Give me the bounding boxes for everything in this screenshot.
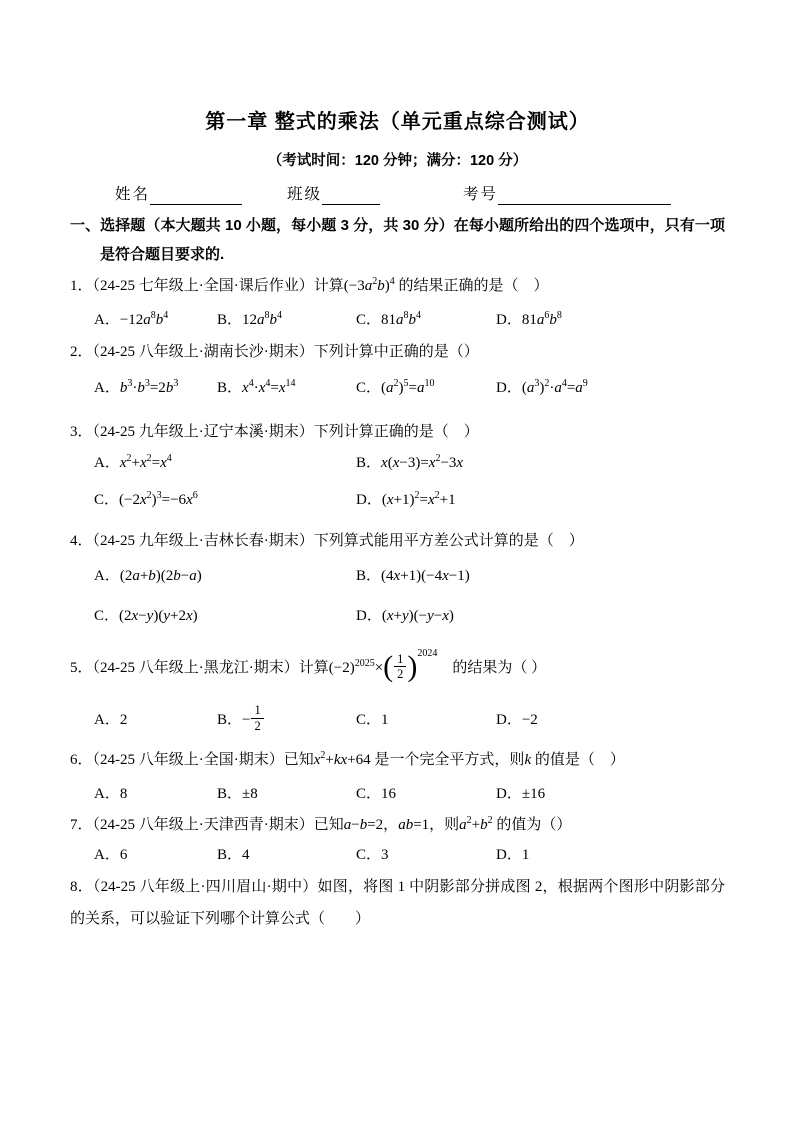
exam-info-line: （考试时间：120 分钟；满分：120 分）	[70, 151, 725, 171]
question-3-stem: 3．（24-25 九年级上·辽宁本溪·期末）下列计算正确的是（ ）	[70, 417, 725, 447]
exam-no-blank-line	[498, 186, 671, 205]
question-7-option-b: B．4	[217, 840, 356, 870]
question-1-option-b: B．12a8b4	[217, 305, 356, 335]
question-3-option-a: A．x2+x2=x4	[94, 448, 356, 478]
question-8: 8．（24-25 八年级上·四川眉山·期中）如图，将图 1 中阴影部分拼成图 2…	[70, 871, 725, 935]
question-6-options: A．8 B．±8 C．16 D．±16	[70, 779, 725, 809]
question-5: 5．（24-25 八年级上·黑龙江·期末）计算(−2)2025×(12)2024…	[70, 642, 725, 740]
question-6-option-b: B．±8	[217, 779, 356, 809]
question-3-option-d: D．(x+1)2=x2+1	[356, 485, 725, 515]
question-3-option-b: B．x(x−3)=x2−3x	[356, 448, 725, 478]
exam-paper-page: 第一章 整式的乘法（单元重点综合测试） （考试时间：120 分钟；满分：120 …	[0, 0, 793, 1122]
question-1-option-a: A．−12a8b4	[94, 305, 217, 335]
question-3-option-c: C．(−2x2)3=−6x6	[94, 485, 356, 515]
question-7-stem: 7．（24-25 八年级上·天津西青·期末）已知a−b=2，ab=1，则a2+b…	[70, 810, 725, 840]
question-2-stem: 2．（24-25 八年级上·湖南长沙·期末）下列计算中正确的是（）	[70, 337, 725, 367]
question-7: 7．（24-25 八年级上·天津西青·期末）已知a−b=2，ab=1，则a2+b…	[70, 810, 725, 870]
question-1-option-d: D．81a6b8	[496, 305, 725, 335]
question-7-option-a: A．6	[94, 840, 217, 870]
question-4-option-b: B．(4x+1)(−4x−1)	[356, 561, 725, 591]
question-4-options-row-2: C．(2x−y)(y+2x) D．(x+y)(−y−x)	[70, 601, 725, 631]
section-1-heading: 一、选择题（本大题共 10 小题，每小题 3 分，共 30 分）在每小题所给出的…	[70, 211, 725, 269]
question-3-options-row-1: A．x2+x2=x4 B．x(x−3)=x2−3x	[70, 448, 725, 478]
question-4-option-c: C．(2x−y)(y+2x)	[94, 601, 356, 631]
question-5-options: A．2 B．−12 C．1 D．−2	[70, 700, 725, 740]
question-4-option-a: A．(2a+b)(2b−a)	[94, 561, 356, 591]
name-label: 姓名	[115, 185, 150, 205]
page-title: 第一章 整式的乘法（单元重点综合测试）	[70, 106, 725, 138]
question-8-stem: 8．（24-25 八年级上·四川眉山·期中）如图，将图 1 中阴影部分拼成图 2…	[70, 871, 725, 935]
student-info-row: 姓名 班级 考号	[70, 183, 725, 205]
question-2-option-b: B．x4·x4=x14	[217, 373, 356, 403]
name-blank-line	[150, 186, 242, 205]
question-6-option-d: D．±16	[496, 779, 725, 809]
question-4: 4．（24-25 九年级上·吉林长春·期末）下列算式能用平方差公式计算的是（ ）…	[70, 526, 725, 631]
question-2-options: A．b3·b3=2b3 B．x4·x4=x14 C．(a2)5=a10 D．(a…	[70, 373, 725, 403]
question-4-stem: 4．（24-25 九年级上·吉林长春·期末）下列算式能用平方差公式计算的是（ ）	[70, 526, 725, 556]
question-1: 1．（24-25 七年级上·全国·课后作业）计算(−3a2b)4 的结果正确的是…	[70, 271, 725, 335]
question-7-options: A．6 B．4 C．3 D．1	[70, 840, 725, 870]
question-5-option-b: B．−12	[217, 705, 356, 735]
question-1-option-c: C．81a8b4	[356, 305, 496, 335]
question-6-stem: 6．（24-25 八年级上·全国·期末）已知x2+kx+64 是一个完全平方式，…	[70, 745, 725, 775]
page-content: 第一章 整式的乘法（单元重点综合测试） （考试时间：120 分钟；满分：120 …	[70, 0, 725, 935]
question-2: 2．（24-25 八年级上·湖南长沙·期末）下列计算中正确的是（） A．b3·b…	[70, 337, 725, 403]
question-5-stem: 5．（24-25 八年级上·黑龙江·期末）计算(−2)2025×(12)2024…	[70, 642, 725, 694]
question-2-option-a: A．b3·b3=2b3	[94, 373, 217, 403]
question-2-option-d: D．(a3)2·a4=a9	[496, 373, 725, 403]
exam-no-label: 考号	[463, 185, 498, 205]
question-1-options: A．−12a8b4 B．12a8b4 C．81a8b4 D．81a6b8	[70, 305, 725, 335]
question-5-option-a: A．2	[94, 705, 217, 735]
question-4-option-d: D．(x+y)(−y−x)	[356, 601, 725, 631]
question-3: 3．（24-25 九年级上·辽宁本溪·期末）下列计算正确的是（ ） A．x2+x…	[70, 417, 725, 515]
question-4-options-row-1: A．(2a+b)(2b−a) B．(4x+1)(−4x−1)	[70, 561, 725, 591]
question-3-options-row-2: C．(−2x2)3=−6x6 D．(x+1)2=x2+1	[70, 485, 725, 515]
question-5-option-d: D．−2	[496, 705, 725, 735]
class-label: 班级	[287, 185, 322, 205]
question-6-option-a: A．8	[94, 779, 217, 809]
question-6-option-c: C．16	[356, 779, 496, 809]
question-2-option-c: C．(a2)5=a10	[356, 373, 496, 403]
question-5-option-c: C．1	[356, 705, 496, 735]
question-7-option-d: D．1	[496, 840, 725, 870]
question-1-stem: 1．（24-25 七年级上·全国·课后作业）计算(−3a2b)4 的结果正确的是…	[70, 271, 725, 301]
class-blank-line	[322, 186, 380, 205]
question-7-option-c: C．3	[356, 840, 496, 870]
question-6: 6．（24-25 八年级上·全国·期末）已知x2+kx+64 是一个完全平方式，…	[70, 745, 725, 809]
